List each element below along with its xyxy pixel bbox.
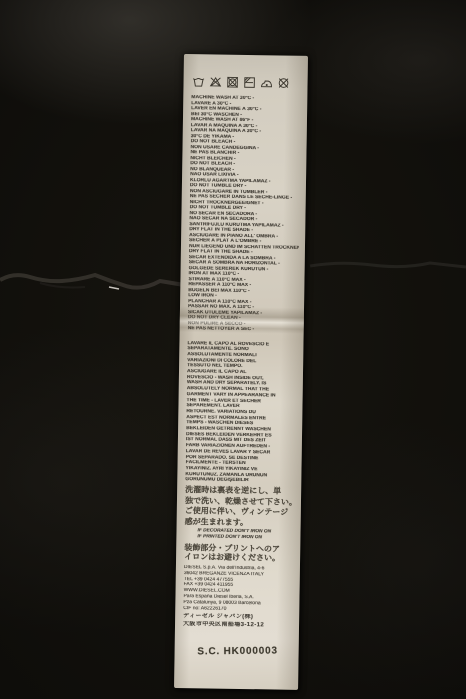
style-code: S.C. HK000003 — [183, 646, 293, 658]
manufacturer-info: DIESEL S.p.A. Via dell'Industria, 4-6360… — [183, 565, 294, 613]
machine-wash-30-icon — [191, 75, 205, 88]
thread-glint — [109, 287, 119, 289]
garment-fabric: MACHINE WASH AT 30°C -LAVARE A 30°C -LAV… — [0, 0, 466, 699]
do-not-bleach-icon — [208, 75, 222, 88]
dry-flat-instructions: DRY FLAT IN THE SHADE -ASCIUGARE IN PIAN… — [189, 227, 300, 273]
wash-instructions: MACHINE WASH AT 30°C -LAVARE A 30°C -LAV… — [191, 95, 302, 141]
do-not-dry-clean-icon — [276, 76, 290, 89]
label-text-line: イロンはお避けください。 — [184, 552, 294, 563]
care-label: MACHINE WASH AT 30°C -LAVARE A 30°C -LAV… — [174, 54, 308, 690]
japanese-care-text: 洗濯時は裏表を逆にし、単独で洗い、乾燥させて下さい。ご使用に伴い、ヴィンテージ感… — [185, 485, 296, 529]
label-text-line: 感が生まれます。 — [185, 517, 295, 529]
care-paragraph: LAVARE IL CAPO AL ROVESCIO ESEPARATAMENT… — [185, 341, 297, 485]
japan-distributor-info: ディーゼル ジャパン(株)大阪市中央区南船場3-12-12 — [183, 614, 293, 631]
do-not-tumble-dry-icon — [225, 75, 239, 88]
bleach-instructions: DO NOT BLEACH -NON USARE CANDEGGINA -NE … — [190, 139, 301, 185]
iron-low-max-110-icon — [259, 76, 273, 89]
label-text-line: CIF no: A62226170 — [183, 606, 293, 614]
care-symbols-row — [191, 74, 301, 90]
iron-instructions: IRON AT MAX 110°C -STIRARE A 110°C MAX -… — [188, 271, 299, 317]
tumble-dry-instructions: DO NOT TUMBLE DRY -NON ASCIUGARE IN TUMB… — [189, 183, 300, 229]
iron-on-warning: IF DECORATED DON'T IRON ONIF PRINTED DON… — [184, 528, 294, 541]
dry-clean-instructions: DO NOT DRY CLEAN -NON PULIRE A SECCO -NE… — [188, 315, 298, 333]
label-text-line: 大阪市中央区南船場3-12-12 — [183, 621, 293, 630]
dry-flat-in-shade-icon — [242, 75, 256, 88]
japanese-iron-warning: 装飾部分・プリントへのアイロンはお避けください。 — [184, 543, 294, 563]
label-text-line: IF PRINTED DON'T IRON ON — [197, 534, 294, 541]
label-text-line: GÖRÜNÜMÜ DEĞİŞEBİLİR — [185, 477, 295, 484]
